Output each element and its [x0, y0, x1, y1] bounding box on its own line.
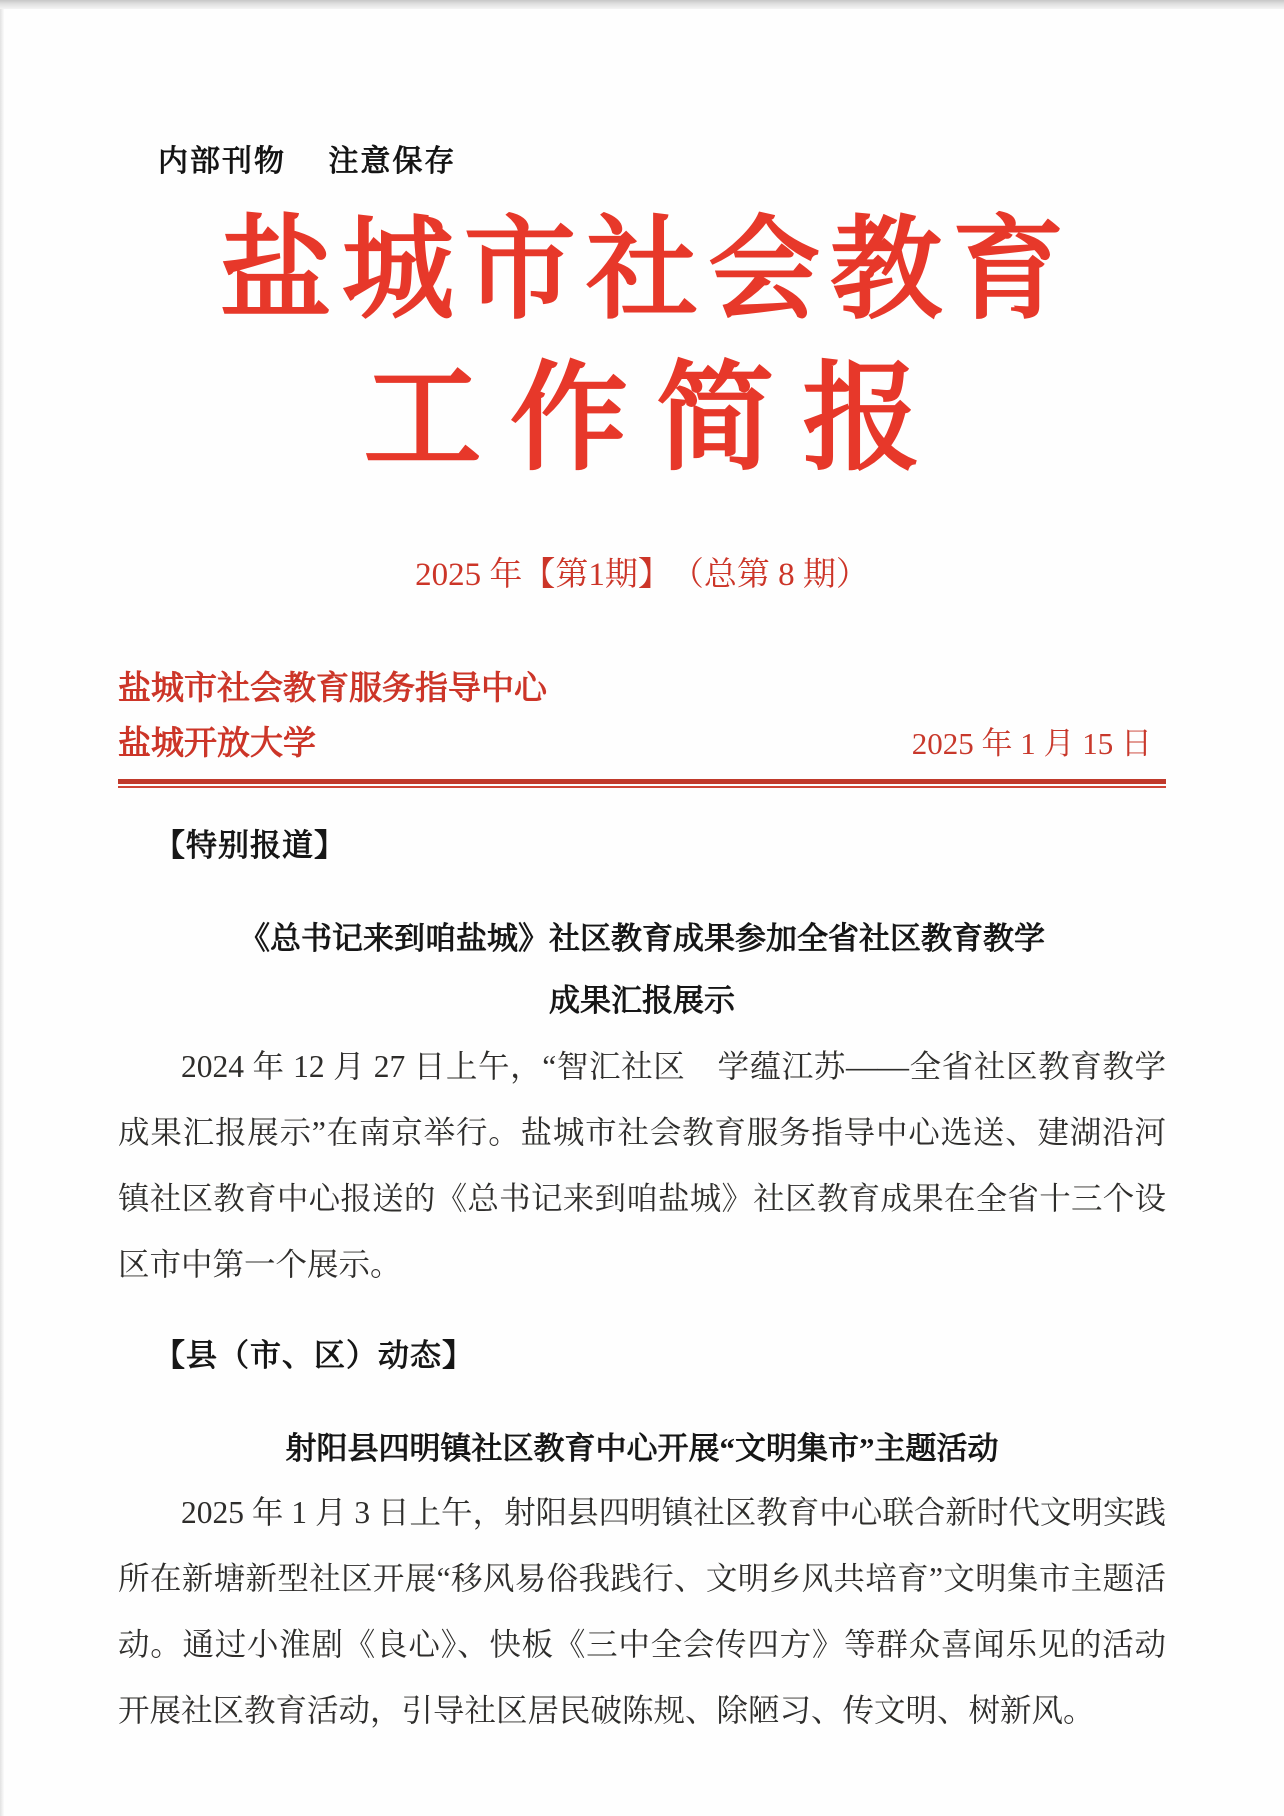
- scan-left-edge: [0, 9, 4, 1816]
- section-special-report: 【特别报道】 《总书记来到咱盐城》社区教育成果参加全省社区教育教学 成果汇报展示…: [118, 824, 1166, 1298]
- publisher-name-secondary: 盐城开放大学: [118, 721, 316, 765]
- article-body-special-report: 2024 年 12 月 27 日上午，“智汇社区 学蕴江苏——全省社区教育教学成…: [118, 1034, 1166, 1298]
- divider-thick-line: [118, 779, 1166, 784]
- section-county-news: 【县（市、区）动态】 射阳县四明镇社区教育中心开展“文明集市”主题活动 2025…: [118, 1334, 1166, 1744]
- section-heading-county-news: 【县（市、区）动态】: [118, 1334, 1166, 1378]
- issue-number-line: 2025 年【第1期】 （总第 8 期）: [118, 552, 1166, 598]
- masthead-title-line1: 盐城市社会教育: [118, 198, 1166, 344]
- article-body-county-news: 2025 年 1 月 3 日上午，射阳县四明镇社区教育中心联合新时代文明实践所在…: [118, 1480, 1166, 1744]
- publisher-block: 盐城市社会教育服务指导中心 盐城开放大学 2025 年 1 月 15 日: [118, 666, 1166, 765]
- publication-date: 2025 年 1 月 15 日: [912, 718, 1166, 763]
- article-title-county-line1: 射阳县四明镇社区教育中心开展“文明集市”主题活动: [118, 1418, 1166, 1480]
- masthead-divider-rule: [118, 779, 1166, 788]
- masthead: 盐城市社会教育 工作简报 2025 年【第1期】 （总第 8 期）: [118, 198, 1166, 598]
- article-title-line2: 成果汇报展示: [118, 970, 1166, 1032]
- article-title-special-report: 《总书记来到咱盐城》社区教育成果参加全省社区教育教学 成果汇报展示: [118, 908, 1166, 1032]
- publisher-name-primary: 盐城市社会教育服务指导中心: [118, 666, 1166, 710]
- page-content: 内部刊物 注意保存 盐城市社会教育 工作简报 2025 年【第1期】 （总第 8…: [118, 0, 1166, 1744]
- divider-thin-line: [118, 786, 1166, 788]
- bulletin-page: 内部刊物 注意保存 盐城市社会教育 工作简报 2025 年【第1期】 （总第 8…: [0, 0, 1284, 1816]
- article-title-line1: 《总书记来到咱盐城》社区教育成果参加全省社区教育教学: [118, 908, 1166, 970]
- publisher-date-row: 盐城开放大学 2025 年 1 月 15 日: [118, 718, 1166, 765]
- section-heading-special-report: 【特别报道】: [118, 824, 1166, 868]
- classification-note: 内部刊物 注意保存: [118, 142, 1166, 182]
- masthead-title-line2: 工作简报: [118, 344, 1166, 496]
- article-title-county-news: 射阳县四明镇社区教育中心开展“文明集市”主题活动: [118, 1418, 1166, 1480]
